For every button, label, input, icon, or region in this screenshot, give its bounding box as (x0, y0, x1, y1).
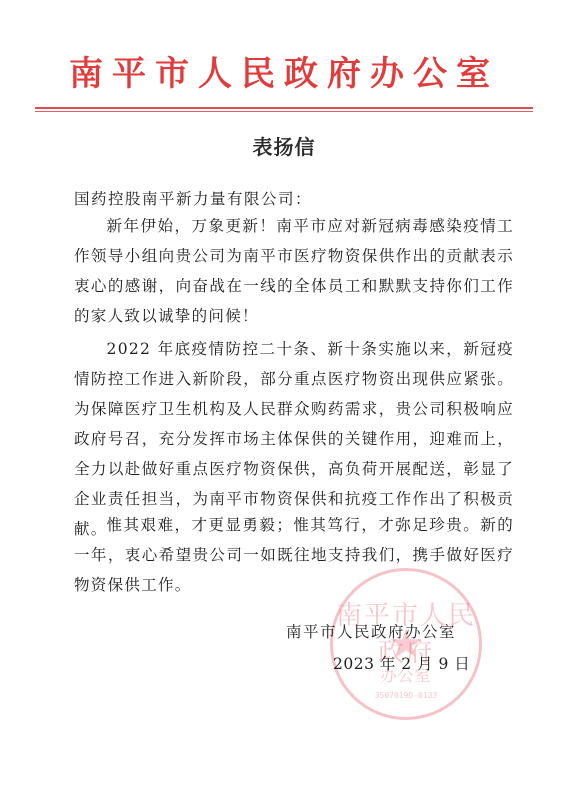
letterhead-rule-thin (35, 111, 533, 112)
signature-sender: 南平市人民政府办公室 (286, 620, 456, 642)
letterhead-rule-thick (35, 107, 533, 109)
paragraph-1: 新年伊始，万象更新！南平市应对新冠病毒感染疫情工作领导小组向贵公司为南平市医疗物… (74, 211, 514, 331)
document-title: 表扬信 (0, 131, 568, 160)
letterhead-organization: 南平市人民政府办公室 (0, 46, 568, 95)
salutation: 国药控股南平新力量有限公司： (74, 187, 312, 209)
signature-date: 2023 年 2 月 9 日 (333, 652, 470, 674)
official-seal: 南平市人民政府 ★ 办公室 3507019D-0133 (330, 568, 482, 720)
seal-code: 3507019D-0133 (333, 691, 479, 700)
